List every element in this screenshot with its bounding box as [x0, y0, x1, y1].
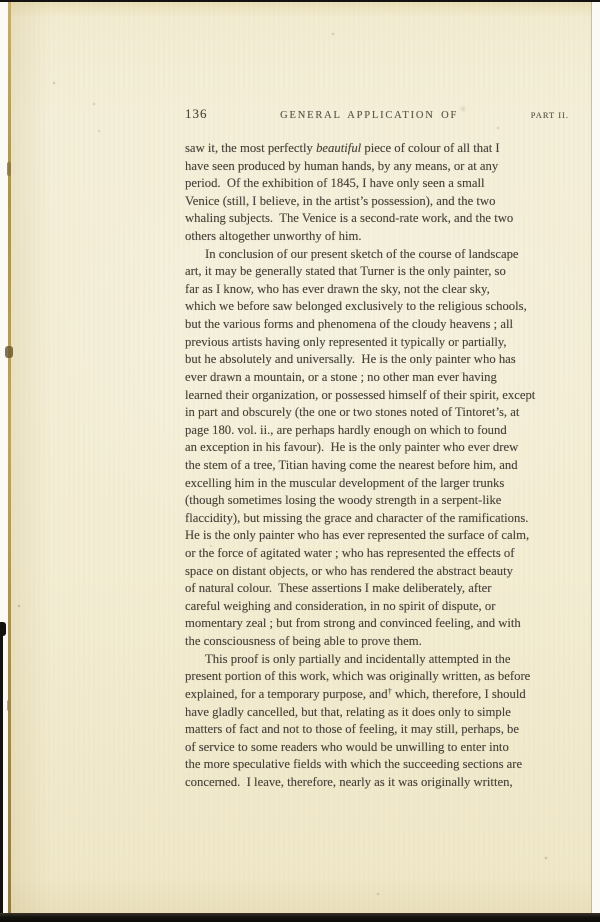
- text-line: In conclusion of our present sketch of t…: [185, 246, 574, 264]
- text-line: which we before saw belonged exclusively…: [185, 298, 574, 316]
- text-line: concerned. I leave, therefore, nearly as…: [185, 774, 574, 792]
- paragraph: This proof is only partially and inciden…: [185, 651, 574, 792]
- text-line: the more speculative fields with which t…: [185, 756, 574, 774]
- binding-stain: [5, 346, 13, 358]
- scan-edge-left-dark: [0, 622, 3, 922]
- part-label: PART II.: [531, 109, 574, 122]
- text-line: ever drawn a mountain, or a stone ; no o…: [185, 369, 574, 387]
- text-line: others altogether unworthy of him.: [185, 228, 574, 246]
- scanned-book-page: 136 GENERAL APPLICATION OF PART II. saw …: [0, 0, 600, 922]
- paragraph: In conclusion of our present sketch of t…: [185, 246, 574, 651]
- page-text: saw it, the most perfectly beautiful pie…: [185, 140, 574, 792]
- binding-stain: [7, 162, 11, 176]
- page-header: 136 GENERAL APPLICATION OF PART II.: [185, 107, 574, 122]
- text-line: but he absolutely and universally. He is…: [185, 351, 574, 369]
- text-line: excelling him in the muscular developmen…: [185, 475, 574, 493]
- scan-edge-left-dark: [0, 622, 6, 636]
- page-content: 136 GENERAL APPLICATION OF PART II. saw …: [185, 107, 574, 792]
- text-line: of natural colour. These assertions I ma…: [185, 580, 574, 598]
- text-line: have gladly cancelled, but that, relatin…: [185, 704, 574, 722]
- text-line: whaling subjects. The Venice is a second…: [185, 210, 574, 228]
- text-line: careful weighing and consideration, in n…: [185, 598, 574, 616]
- text-line: saw it, the most perfectly beautiful pie…: [185, 140, 574, 158]
- binding-edge-line: [8, 0, 11, 922]
- text-line: learned their organization, or possessed…: [185, 387, 574, 405]
- text-line: the stem of a tree, Titian having come t…: [185, 457, 574, 475]
- page-edge-shadow: [591, 2, 592, 913]
- text-line: matters of fact and not to those of feel…: [185, 721, 574, 739]
- text-line: present portion of this work, which was …: [185, 668, 574, 686]
- page-number: 136: [185, 107, 208, 120]
- text-line: the consciousness of being able to prove…: [185, 633, 574, 651]
- scan-edge-bottom: [0, 913, 600, 922]
- text-line: but the various forms and phenomena of t…: [185, 316, 574, 334]
- text-line: Venice (still, I believe, in the artist’…: [185, 193, 574, 211]
- text-line: far as I know, who has ever drawn the sk…: [185, 281, 574, 299]
- paper-specks: [0, 0, 2, 2]
- text-line: flaccidity), but missing the grace and c…: [185, 510, 574, 528]
- text-line: momentary zeal ; but from strong and con…: [185, 615, 574, 633]
- text-line: (though sometimes losing the woody stren…: [185, 492, 574, 510]
- text-line: in part and obscurely (the one or two st…: [185, 404, 574, 422]
- text-line: have seen produced by human hands, by an…: [185, 158, 574, 176]
- text-line: art, it may be generally stated that Tur…: [185, 263, 574, 281]
- text-line: He is the only painter who has ever repr…: [185, 527, 574, 545]
- text-line: page 180. vol. ii., are perhaps hardly e…: [185, 422, 574, 440]
- text-line: or the force of agitated water ; who has…: [185, 545, 574, 563]
- running-title: GENERAL APPLICATION OF: [208, 109, 531, 122]
- text-line: of service to some readers who would be …: [185, 739, 574, 757]
- paragraph: saw it, the most perfectly beautiful pie…: [185, 140, 574, 246]
- text-line: previous artists having only represented…: [185, 334, 574, 352]
- text-line: explained, for a temporary purpose, and†…: [185, 686, 574, 704]
- scan-edge-top: [0, 0, 600, 2]
- text-line: an exception in his favour). He is the o…: [185, 439, 574, 457]
- binding-stain: [7, 700, 10, 711]
- text-line: space on distant objects, or who has ren…: [185, 563, 574, 581]
- text-line: period. Of the exhibition of 1845, I hav…: [185, 175, 574, 193]
- text-line: This proof is only partially and inciden…: [185, 651, 574, 669]
